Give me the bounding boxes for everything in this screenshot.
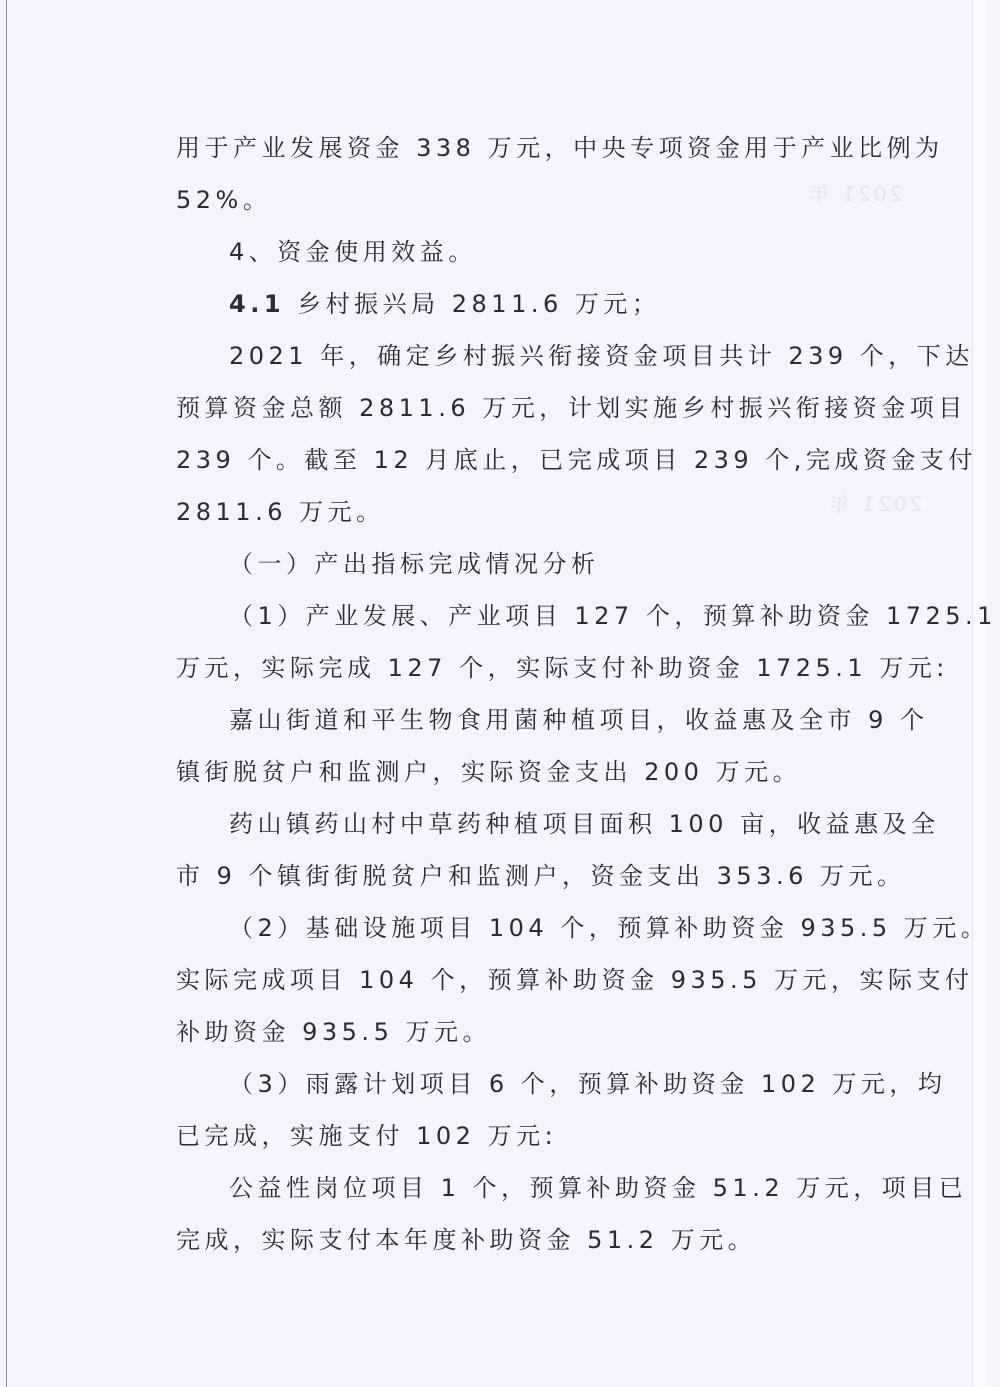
- text-line: （1）产业发展、产业项目 127 个，预算补助资金 1725.1: [229, 596, 997, 631]
- subsection-heading: 4.1 乡村振兴局 2811.6 万元；: [229, 284, 660, 319]
- text-line: 嘉山街道和平生物食用菌种植项目，收益惠及全市 9 个: [229, 700, 929, 735]
- text-line: 万元，实际完成 127 个，实际支付补助资金 1725.1 万元:: [176, 648, 949, 683]
- text-line: 已完成，实施支付 102 万元:: [176, 1116, 557, 1151]
- text-line: 公益性岗位项目 1 个，预算补助资金 51.2 万元，项目已: [229, 1168, 967, 1203]
- text-line: 药山镇药山村中草药种植项目面积 100 亩，收益惠及全: [229, 804, 940, 839]
- text-line: 完成，实际支付本年度补助资金 51.2 万元。: [176, 1220, 756, 1255]
- text-line: 用于产业发展资金 338 万元，中央专项资金用于产业比例为: [176, 128, 944, 163]
- text-line: 预算资金总额 2811.6 万元，计划实施乡村振兴衔接资金项目: [176, 388, 967, 423]
- heading-text: 乡村振兴局 2811.6 万元；: [285, 290, 660, 318]
- scanned-page: 2021 年 2021 年 用于产业发展资金 338 万元，中央专项资金用于产业…: [6, 0, 987, 1387]
- text-line: （2）基础设施项目 104 个，预算补助资金 935.5 万元。: [229, 908, 989, 943]
- text-line: （3）雨露计划项目 6 个，预算补助资金 102 万元，均: [229, 1064, 946, 1099]
- subheading: （一）产出指标完成情况分析: [229, 544, 600, 579]
- text-line: 补助资金 935.5 万元。: [176, 1012, 491, 1047]
- text-line: 239 个。截至 12 月底止，已完成项目 239 个,完成资金支付: [176, 440, 977, 475]
- text-line: 镇街脱贫户和监测户，实际资金支出 200 万元。: [176, 752, 801, 787]
- text-line: 52%。: [176, 180, 271, 215]
- bleed-through-text: 2021 年: [827, 488, 922, 517]
- text-line: 2021 年，确定乡村振兴衔接资金项目共计 239 个，下达: [229, 336, 974, 371]
- text-line: 2811.6 万元。: [176, 492, 385, 527]
- bleed-through-text: 2021 年: [807, 178, 902, 207]
- page-edge: [972, 0, 987, 1387]
- section-heading: 4、资金使用效益。: [229, 232, 477, 267]
- text-line: 实际完成项目 104 个，预算补助资金 935.5 万元，实际支付: [176, 960, 974, 995]
- section-number: 4.1: [229, 290, 285, 318]
- text-line: 市 9 个镇街街脱贫户和监测户，资金支出 353.6 万元。: [176, 856, 906, 891]
